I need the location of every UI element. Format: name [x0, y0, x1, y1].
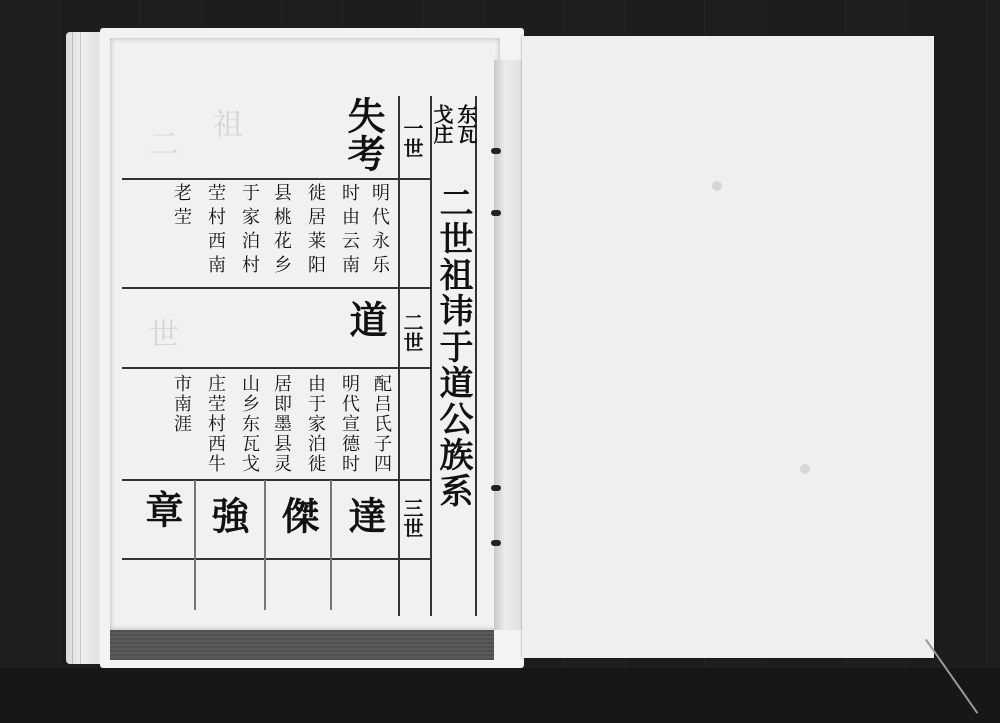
- binding-stitch: [491, 485, 501, 491]
- right-page-blank: [522, 36, 934, 658]
- row-rule: [122, 558, 430, 560]
- binding-stitch: [491, 148, 501, 154]
- generation-label-2: 二世: [402, 312, 422, 352]
- column-rule: [398, 96, 400, 616]
- note-gen1-col7: 老茔: [172, 183, 190, 231]
- note-gen1-col4: 县桃花乡: [272, 183, 290, 279]
- note-gen1-col5: 于家泊村: [240, 183, 258, 279]
- note-gen1-col1: 明代永乐: [370, 183, 388, 279]
- note-gen1-col6: 茔村西南: [206, 183, 224, 279]
- ancestor-name-gen1: 失考: [344, 96, 382, 172]
- descendant-name-gen3-2: 傑: [278, 496, 316, 534]
- note-gen2-col1: 配吕氏子四: [372, 374, 390, 474]
- row-rule: [122, 479, 430, 481]
- name-cell-divider: [264, 480, 266, 610]
- binding-stitch: [491, 210, 501, 216]
- column-rule: [430, 96, 432, 616]
- ancestor-name-gen2: 道: [346, 300, 384, 338]
- note-gen2-col5: 山乡东瓦戈: [240, 374, 258, 474]
- location-heading-line-2: 戈庄: [432, 104, 452, 144]
- note-gen2-col2: 明代宣德时: [340, 374, 358, 474]
- bleed-through-text: 二: [138, 128, 182, 158]
- descendant-name-gen3-3: 強: [208, 496, 246, 534]
- location-heading-line-1: 东瓦: [456, 104, 476, 144]
- bleed-through-text: 祖: [202, 108, 246, 138]
- note-gen2-col4: 居即墨县灵: [272, 374, 290, 474]
- name-cell-divider: [194, 480, 196, 610]
- descendant-name-gen3-1: 達: [345, 496, 383, 534]
- column-rule: [475, 96, 477, 616]
- page-bottom-shadow: [110, 630, 494, 660]
- note-gen1-col3: 徙居莱阳: [306, 183, 324, 279]
- genealogy-title: 二世祖讳于道公族系: [436, 185, 470, 509]
- row-rule: [122, 178, 430, 180]
- paper-spot: [712, 181, 722, 191]
- paper-spot: [800, 464, 810, 474]
- descendant-name-gen3-4: 章: [142, 490, 180, 528]
- note-gen2-col3: 由于家泊徙: [306, 374, 324, 474]
- row-rule: [122, 367, 430, 369]
- name-cell-divider: [330, 480, 332, 610]
- binding-stitch: [491, 540, 501, 546]
- generation-label-1: 一世: [402, 118, 422, 158]
- bleed-through-text: 世: [138, 318, 182, 348]
- note-gen1-col2: 时由云南: [340, 183, 358, 279]
- table-shadow-area: [0, 668, 1000, 723]
- note-gen2-col6: 庄茔村西牛: [206, 374, 224, 474]
- note-gen2-col7: 市南涯: [172, 374, 190, 434]
- row-rule: [122, 287, 430, 289]
- generation-label-3: 三世: [402, 498, 422, 538]
